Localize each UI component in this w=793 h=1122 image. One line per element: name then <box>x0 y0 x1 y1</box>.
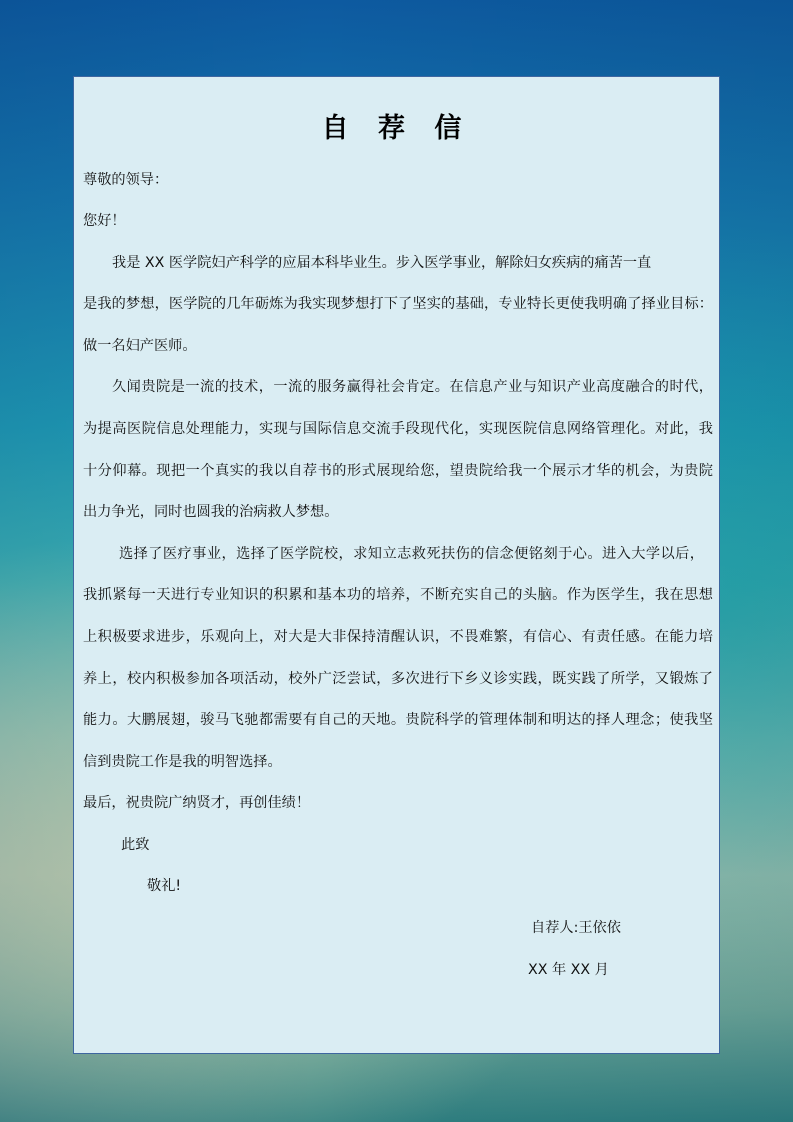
paragraph-2-line-3: 十分仰幕。现把一个真实的我以自荐书的形式展现给您，望贵院给我一个展示才华的机会，… <box>83 461 713 481</box>
date: XX 年 XX 月 <box>528 960 609 980</box>
greeting: 您好！ <box>83 211 126 231</box>
paragraph-3-line-1: 选择了医疗事业，选择了医学院校，求知立志救死扶伤的信念便铭刻于心。进入大学以后， <box>119 544 704 564</box>
regards-line-2: 敬礼! <box>147 876 181 896</box>
closing-line: 最后，祝贵院广纳贤才，再创佳绩！ <box>83 793 310 813</box>
regards-line-1: 此致 <box>121 835 149 855</box>
paragraph-2-line-2: 为提高医院信息处理能力，实现与国际信息交流手段现代化，实现医院信息网络管理化。对… <box>83 419 713 439</box>
paragraph-1-line-2: 是我的梦想，医学院的几年砺炼为我实现梦想打下了坚实的基础，专业特长更使我明确了择… <box>83 294 713 314</box>
salutation: 尊敬的领导： <box>83 170 168 190</box>
paragraph-3-line-3: 上积极要求进步，乐观向上，对大是大非保持清醒认识，不畏难繁，有信心、有责任感。在… <box>83 627 713 647</box>
paragraph-3-line-4: 养上，校内积极参加各项活动，校外广泛尝试，多次进行下乡义诊实践，既实践了所学，又… <box>83 669 713 689</box>
paragraph-2-line-1: 久闻贵院是一流的技术，一流的服务赢得社会肯定。在信息产业与知识产业高度融合的时代… <box>112 377 713 397</box>
paragraph-3-line-6: 信到贵院工作是我的明智选择。 <box>83 752 282 772</box>
letter-title: 自 荐 信 <box>74 109 719 149</box>
paragraph-2-line-4: 出力争光，同时也圆我的治病救人梦想。 <box>83 502 338 522</box>
letter-page: 自 荐 信 尊敬的领导： 您好！ 我是 XX 医学院妇产科学的应届本科毕业生。步… <box>73 76 720 1054</box>
paragraph-1-line-3: 做一名妇产医师。 <box>83 336 197 356</box>
paragraph-3-line-2: 我抓紧每一天进行专业知识的积累和基本功的培养，不断充实自己的头脑。作为医学生，我… <box>83 585 713 605</box>
paragraph-1-line-1: 我是 XX 医学院妇产科学的应届本科毕业生。步入医学事业，解除妇女疾病的痛苦一直 <box>112 253 651 273</box>
signature: 自荐人:王依依 <box>531 918 621 938</box>
paragraph-3-line-5: 能力。大鹏展翅，骏马飞驰都需要有自己的天地。贵院科学的管理体制和明达的择人理念；… <box>83 710 713 730</box>
